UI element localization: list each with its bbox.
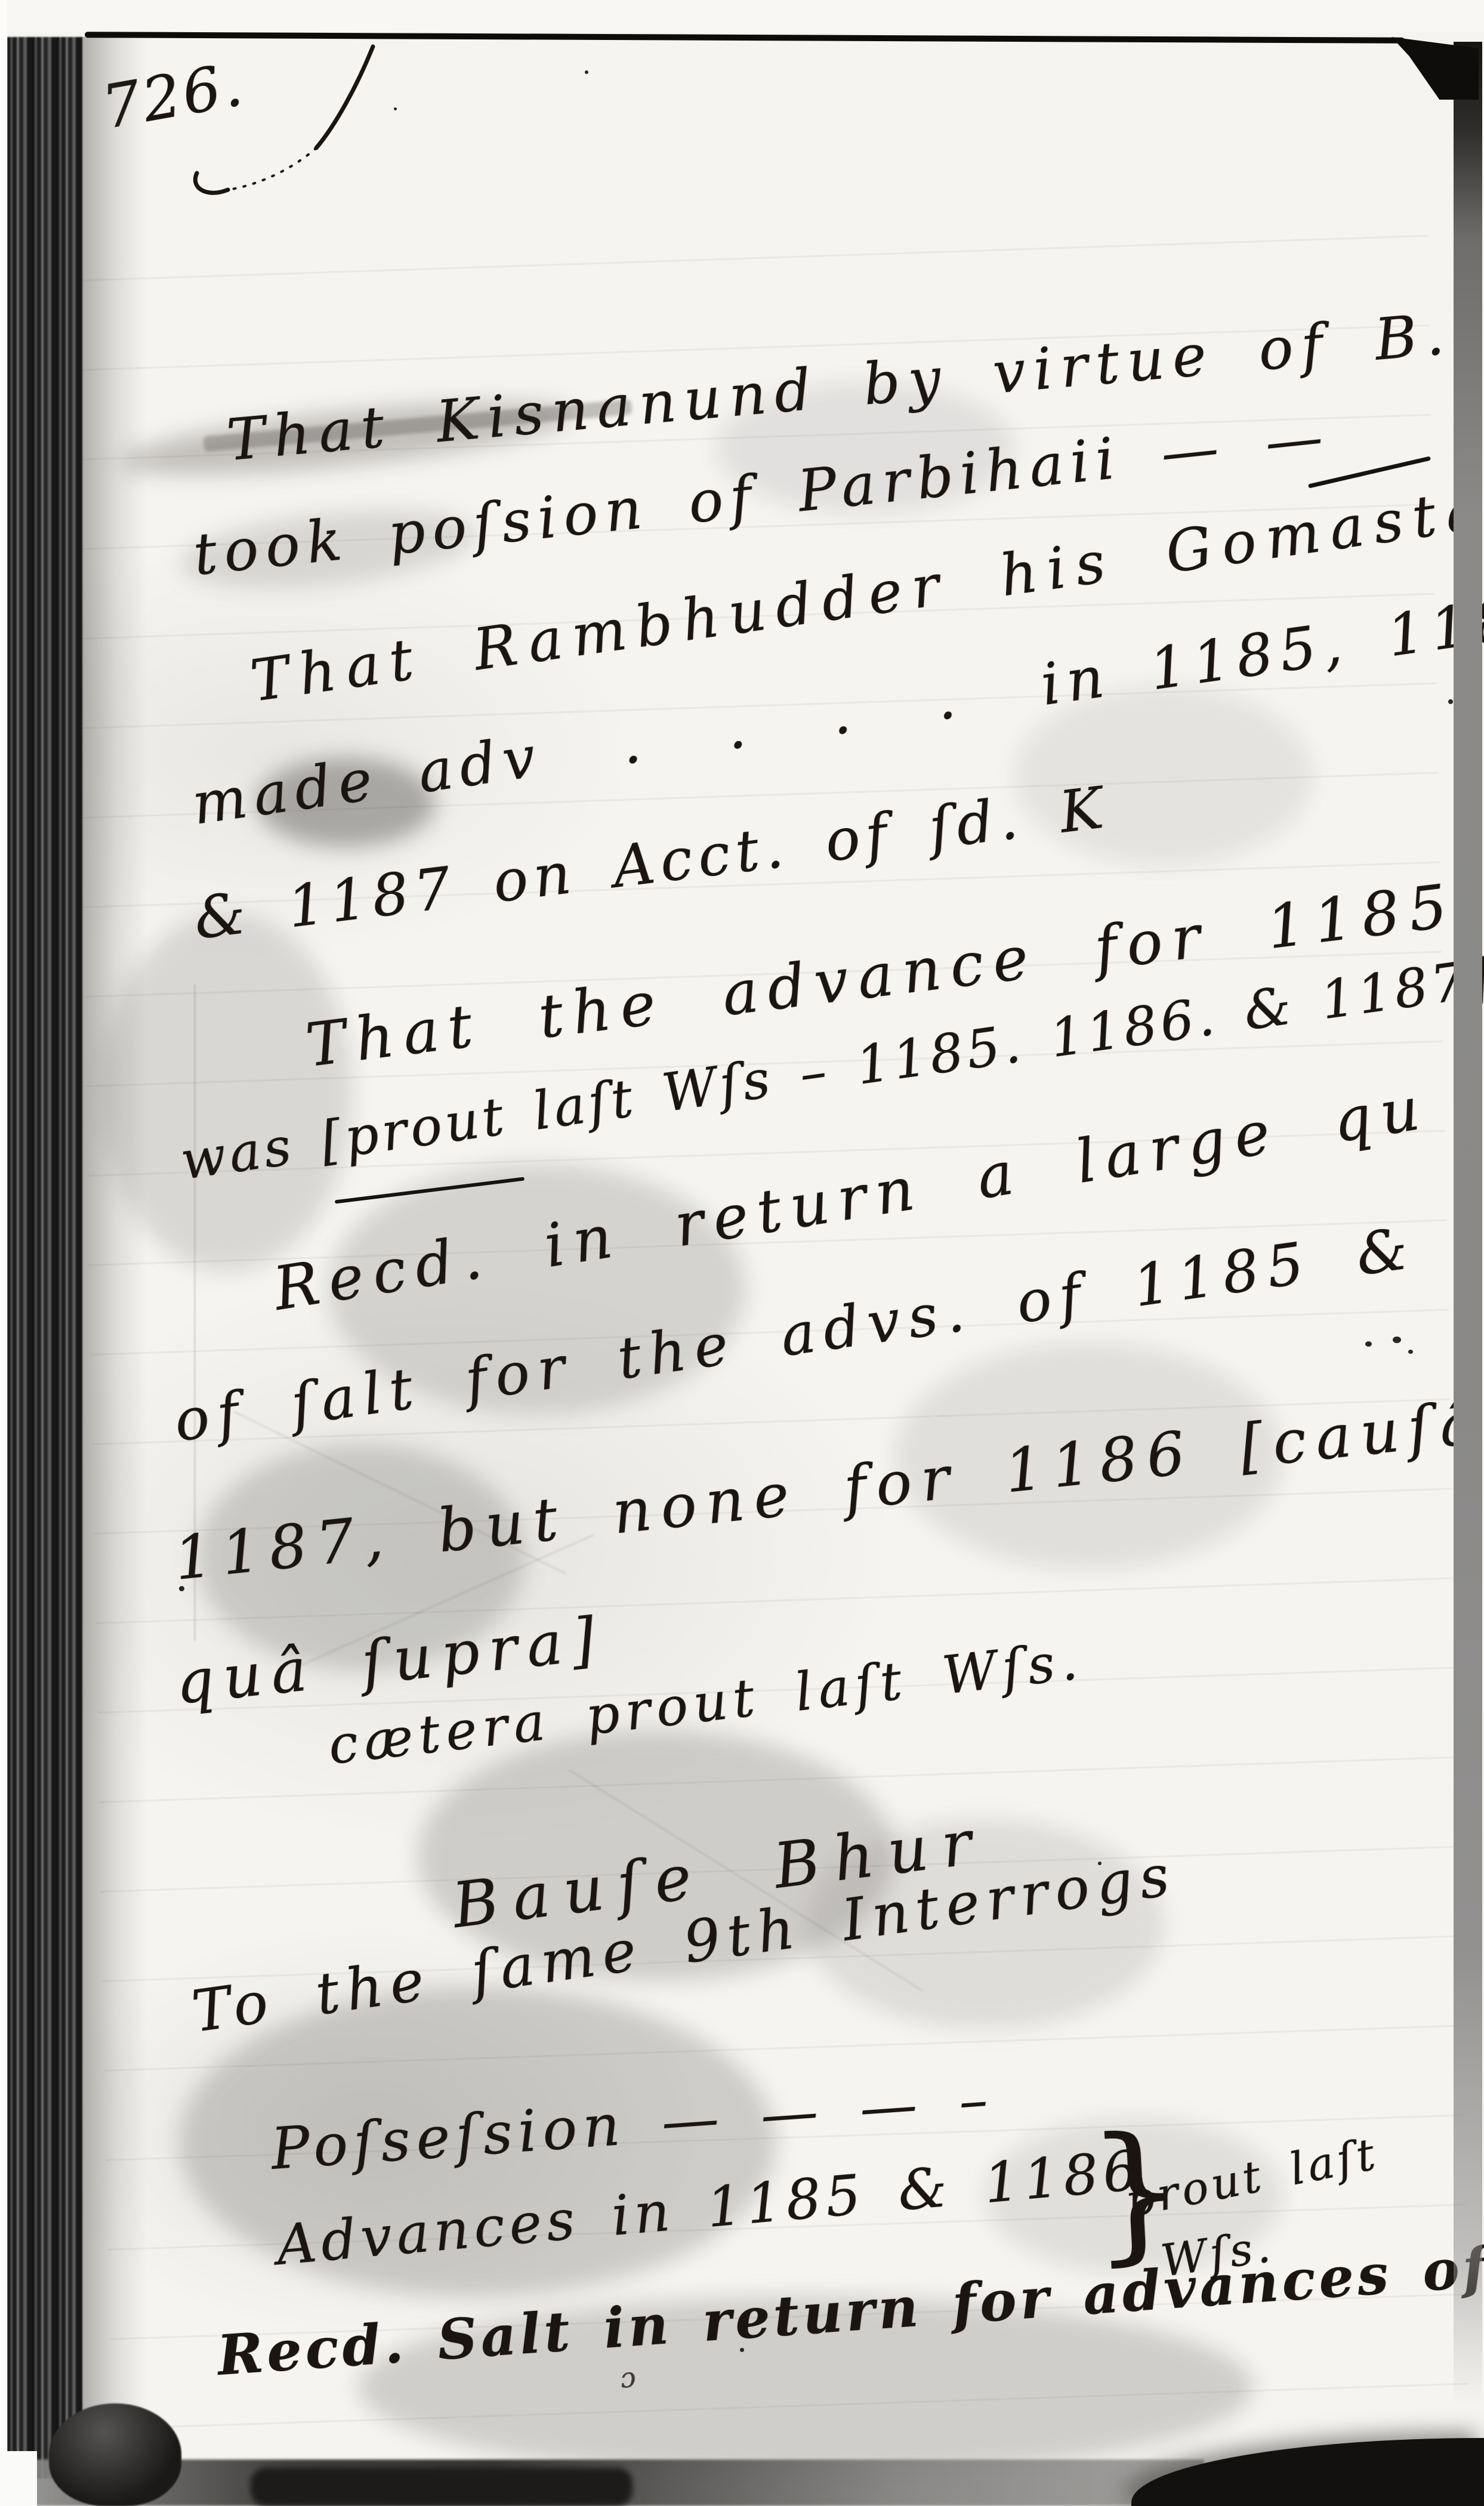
bottom-dark-patch — [251, 2468, 633, 2506]
page-right-edge — [1454, 42, 1482, 2405]
ink-speck — [394, 107, 397, 110]
book-binding-edge — [7, 37, 82, 2479]
scanned-manuscript-page: 726. That Kisnanund by virtue of B. took… — [0, 0, 1484, 2506]
stray-ink-mark: ɔ — [619, 2363, 637, 2393]
page-bottom-right-shadow — [1131, 2438, 1484, 2506]
ink-speck — [1393, 1337, 1401, 1343]
ink-speck — [585, 70, 588, 74]
scan-bottom-left-corner — [0, 2451, 37, 2506]
ink-speck — [1448, 699, 1453, 704]
ink-speck — [1408, 1350, 1413, 1354]
scan-left-margin — [0, 0, 7, 2506]
pen-flourish — [137, 36, 394, 215]
book-clamp — [49, 2403, 181, 2506]
binding-shadow — [81, 37, 147, 2479]
scan-top-margin — [0, 0, 1484, 32]
ink-speck — [1365, 1341, 1372, 1347]
